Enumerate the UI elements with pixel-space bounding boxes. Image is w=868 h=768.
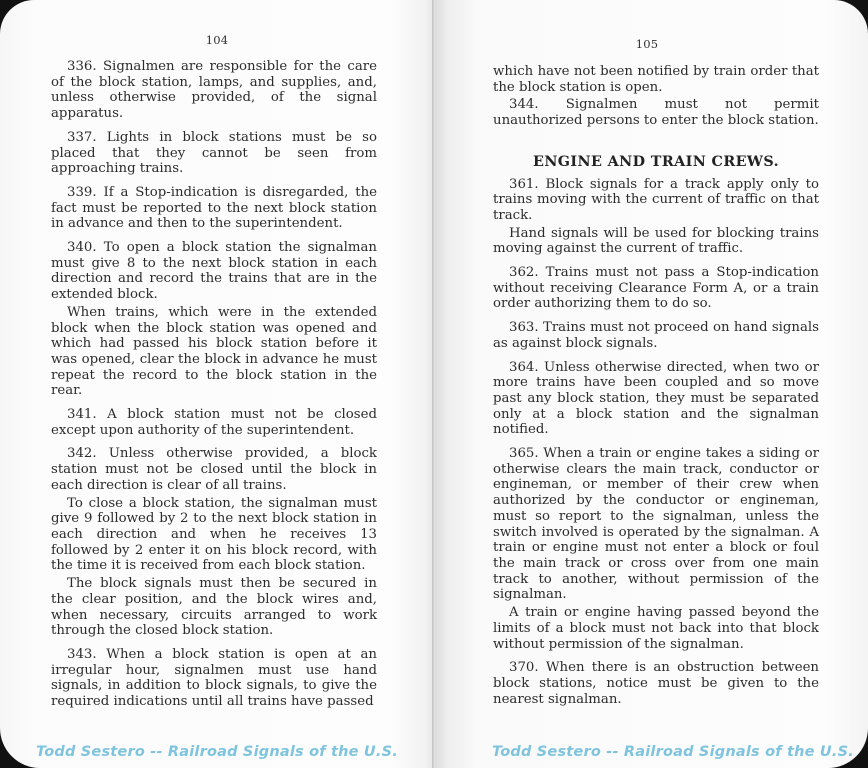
left-page-body: 336. Signalmen are responsible for the c… — [51, 59, 377, 710]
rule-363: 363. Trains must not proceed on hand sig… — [493, 320, 819, 351]
book-spread: 104 336. Signalmen are responsible for t… — [0, 0, 868, 768]
rule-340-continued: When trains, which were in the extended … — [51, 305, 377, 399]
rule-362: 362. Trains must not pass a Stop-indicat… — [493, 265, 819, 312]
rule-342-signals-secured: The block signals must then be secured i… — [51, 576, 377, 639]
rule-336: 336. Signalmen are responsible for the c… — [51, 59, 377, 122]
watermark: Todd Sestero -- Railroad Signals of the … — [36, 744, 398, 760]
rule-370: 370. When there is an obstruction betwee… — [493, 660, 819, 707]
rule-342-close-procedure: To close a block station, the signalman … — [51, 496, 377, 575]
rule-365: 365. When a train or engine takes a sidi… — [493, 446, 819, 603]
page-number: 104 — [0, 33, 434, 47]
rule-343-continued: which have not been notified by train or… — [493, 64, 819, 95]
watermark: Todd Sestero -- Railroad Signals of the … — [492, 744, 854, 760]
book-gutter — [432, 0, 435, 768]
rule-341: 341. A block station must not be closed … — [51, 407, 377, 438]
right-page-body: which have not been notified by train or… — [493, 64, 819, 707]
rule-337: 337. Lights in block stations must be so… — [51, 130, 377, 177]
right-page: 105 which have not been notified by trai… — [434, 0, 868, 768]
page-number: 105 — [434, 37, 864, 51]
rule-343: 343. When a block station is open at an … — [51, 647, 377, 710]
rule-361: 361. Block signals for a track apply onl… — [493, 177, 819, 224]
rule-339: 339. If a Stop-indication is disregarded… — [51, 185, 377, 232]
rule-340: 340. To open a block station the signalm… — [51, 240, 377, 303]
rule-365-backing: A train or engine having passed beyond t… — [493, 605, 819, 652]
rule-344: 344. Signalmen must not permit unauthori… — [493, 97, 819, 128]
left-page: 104 336. Signalmen are responsible for t… — [0, 0, 434, 768]
section-heading: ENGINE AND TRAIN CREWS. — [493, 155, 819, 171]
rule-361-hand-signals: Hand signals will be used for blocking t… — [493, 226, 819, 257]
rule-364: 364. Unless otherwise directed, when two… — [493, 360, 819, 439]
rule-342: 342. Unless otherwise provided, a block … — [51, 446, 377, 493]
